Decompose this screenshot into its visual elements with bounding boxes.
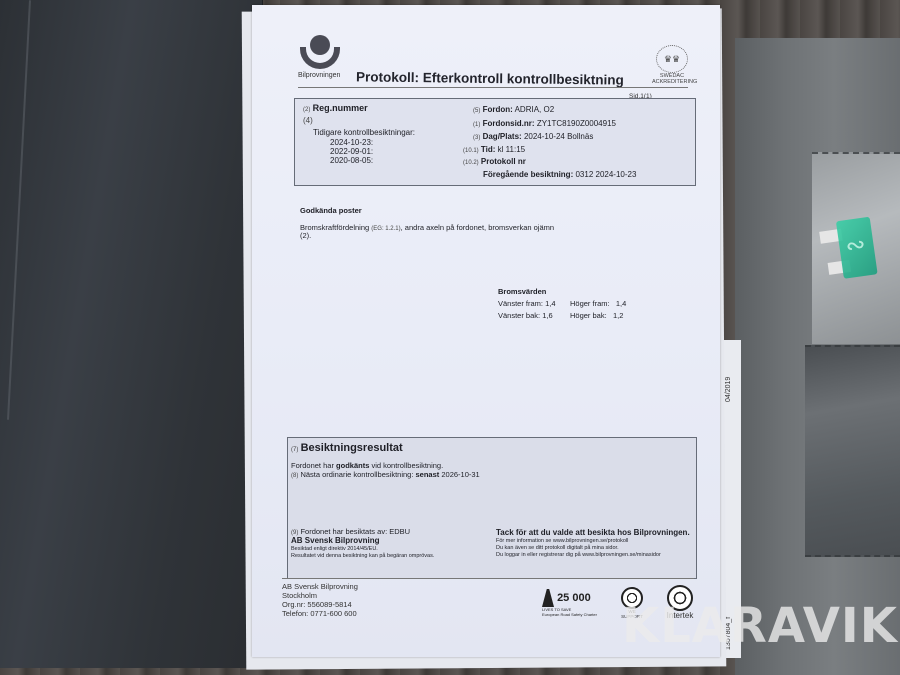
next-inspection: (8) Nästa ordinarie kontrollbesiktning: … [291,470,480,479]
brake-values-heading: Bromsvärden [498,287,546,296]
brake-value-row: Vänster bak: 1,6 [498,311,553,320]
time-field: (10.1) Tid: kl 11:15 [463,145,525,154]
brake-value-row: Vänster fram: 1,4 [498,299,556,308]
logo-text: Bilprovningen [298,72,340,79]
directive-note: Besiktad enligt direktiv 2014/45/EU. [291,546,378,552]
field-4-label: (4) [303,116,313,125]
info-line: Du loggar in eller registrerar dig på ww… [496,552,661,558]
side-paper-date: 04/2019 [725,377,732,402]
binder-left-cover [0,0,263,668]
thanks-message: Tack för att du valde att besikta hos Bi… [496,528,690,537]
brake-value-row: Höger bak: 1,2 [570,311,623,320]
result-heading: (7) Besiktningsresultat [291,442,403,454]
footer-address: AB Svensk Bilprovning Stockholm Org.nr: … [282,582,358,618]
document-title: Protokoll: Efterkontroll kontrollbesiktn… [356,69,624,87]
vin-field: (1) Fordonsid.nr: ZY1TC8190Z0004915 [473,119,616,128]
binder-seam [7,0,31,420]
date-place-field: (3) Dag/Plats: 2024-10-24 Bollnäs [473,132,593,141]
road-safety-charter-icon: 25 000 LIVES TO SAVE European Road Safet… [542,589,604,621]
approved-item-suffix: (2). [300,231,311,240]
fuse-object [818,217,878,284]
footer-divider [282,578,694,579]
protocol-number-field: (10.2) Protokoll nr [463,157,526,166]
inspection-protocol-document: Bilprovningen Protokoll: Efterkontroll k… [252,5,720,657]
previous-inspection-date: 2020-08-05: [330,156,373,165]
previous-inspections-label: Tidigare kontrollbesiktningar: [313,128,415,137]
bilprovningen-logo-icon [298,35,342,77]
reg-number-field: (2) Reg.nummer [303,103,368,113]
swedac-accreditation-icon: ♛♛ SWEDAC ACKREDITERING [652,45,692,81]
approved-item: Bromskraftfördelning (EG: 1.2.1), andra … [300,223,554,232]
inspection-result-box: (7) Besiktningsresultat Fordonet har god… [287,437,697,579]
vehicle-info-box: (2) Reg.nummer (4) Tidigare kontrollbesi… [294,98,696,186]
info-line: För mer information se www.bilprovningen… [496,538,628,544]
brake-value-row: Höger fram: 1,4 [570,299,626,308]
previous-inspection-field: Föregående besiktning: 0312 2024-10-23 [483,170,636,179]
title-divider [298,87,688,88]
previous-inspection-date: 2022-09-01: [330,147,373,156]
result-status: Fordonet har godkänts vid kontrollbesikt… [291,461,443,470]
swedac-caption: SWEDAC ACKREDITERING [652,73,692,85]
review-note: Resultatet vid denna besiktning kan på b… [291,553,434,559]
vehicle-field: (5) Fordon: ADRIA, O2 [473,105,554,114]
klaravik-watermark: KLARAVIK [622,598,898,654]
company-name: AB Svensk Bilprovning [291,536,379,545]
previous-inspection-date: 2024-10-23: [330,138,373,147]
approved-items-heading: Godkända poster [300,206,362,215]
info-line: Du kan även se ditt protokoll digitalt p… [496,545,619,551]
plastic-sleeve-bottom [805,345,900,557]
inspector-line: (9) Fordonet har besiktats av: EDBU [291,527,410,536]
